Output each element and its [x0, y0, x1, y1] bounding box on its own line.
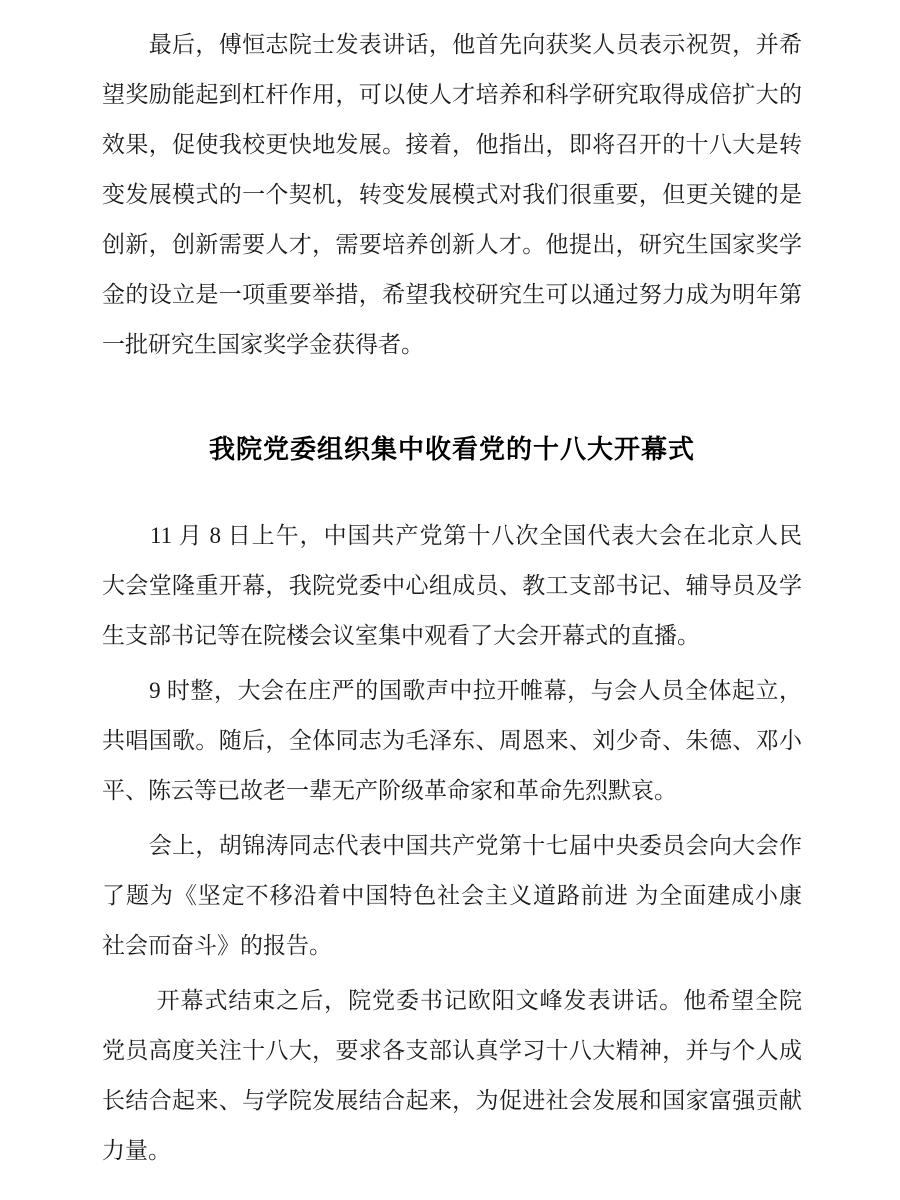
text-line: 大会堂隆重开幕，我院党委中心组成员、教工支部书记、辅导员及学 — [102, 561, 802, 611]
text-line: 11 月 8 日上午，中国共产党第十八次全国代表大会在北京人民 — [102, 511, 802, 561]
text-line: 创新，创新需要人才，需要培养创新人才。他提出，研究生国家奖学 — [102, 220, 802, 270]
document-body: 最后，傅恒志院士发表讲话，他首先向获奖人员表示祝贺，并希望奖励能起到杠杆作用，可… — [102, 20, 802, 1176]
paragraph-congress-opening: 11 月 8 日上午，中国共产党第十八次全国代表大会在北京人民大会堂隆重开幕，我… — [102, 511, 802, 661]
text-line: 最后，傅恒志院士发表讲话，他首先向获奖人员表示祝贺，并希 — [102, 20, 802, 70]
document-page: 最后，傅恒志院士发表讲话，他首先向获奖人员表示祝贺，并希望奖励能起到杠杆作用，可… — [0, 0, 900, 1200]
text-line: 了题为《坚定不移沿着中国特色社会主义道路前进 为全面建成小康 — [102, 871, 802, 921]
text-line: 长结合起来、与学院发展结合起来，为促进社会发展和国家富强贡献 — [102, 1076, 802, 1126]
text-line: 会上，胡锦涛同志代表中国共产党第十七届中央委员会向大会作 — [102, 821, 802, 871]
text-line: 党员高度关注十八大，要求各支部认真学习十八大精神，并与个人成 — [102, 1026, 802, 1076]
text-line: 望奖励能起到杠杆作用，可以使人才培养和科学研究取得成倍扩大的 — [102, 70, 802, 120]
text-line: 9 时整，大会在庄严的国歌声中拉开帷幕，与会人员全体起立， — [102, 666, 802, 716]
text-line: 平、陈云等已故老一辈无产阶级革命家和革命先烈默哀。 — [102, 766, 802, 816]
text-line: 力量。 — [102, 1126, 802, 1176]
text-line: 开幕式结束之后，院党委书记欧阳文峰发表讲话。他希望全院 — [102, 976, 802, 1026]
text-line: 社会而奋斗》的报告。 — [102, 921, 802, 971]
text-line: 一批研究生国家奖学金获得者。 — [102, 320, 802, 370]
text-line: 效果，促使我校更快地发展。接着，他指出，即将召开的十八大是转 — [102, 120, 802, 170]
text-line: 变发展模式的一个契机，转变发展模式对我们很重要，但更关键的是 — [102, 170, 802, 220]
paragraph-hujintao-report: 会上，胡锦涛同志代表中国共产党第十七届中央委员会向大会作了题为《坚定不移沿着中国… — [102, 821, 802, 971]
text-line: 生支部书记等在院楼会议室集中观看了大会开幕式的直播。 — [102, 611, 802, 661]
paragraph-anthem-mourning: 9 时整，大会在庄严的国歌声中拉开帷幕，与会人员全体起立，共唱国歌。随后，全体同… — [102, 666, 802, 816]
section-heading: 我院党委组织集中收看党的十八大开幕式 — [102, 425, 802, 475]
paragraph-ouyangwenfeng-speech: 开幕式结束之后，院党委书记欧阳文峰发表讲话。他希望全院党员高度关注十八大，要求各… — [102, 976, 802, 1176]
text-line: 共唱国歌。随后，全体同志为毛泽东、周恩来、刘少奇、朱德、邓小 — [102, 716, 802, 766]
paragraph-fuhengzhi-speech: 最后，傅恒志院士发表讲话，他首先向获奖人员表示祝贺，并希望奖励能起到杠杆作用，可… — [102, 20, 802, 370]
text-line: 金的设立是一项重要举措，希望我校研究生可以通过努力成为明年第 — [102, 270, 802, 320]
